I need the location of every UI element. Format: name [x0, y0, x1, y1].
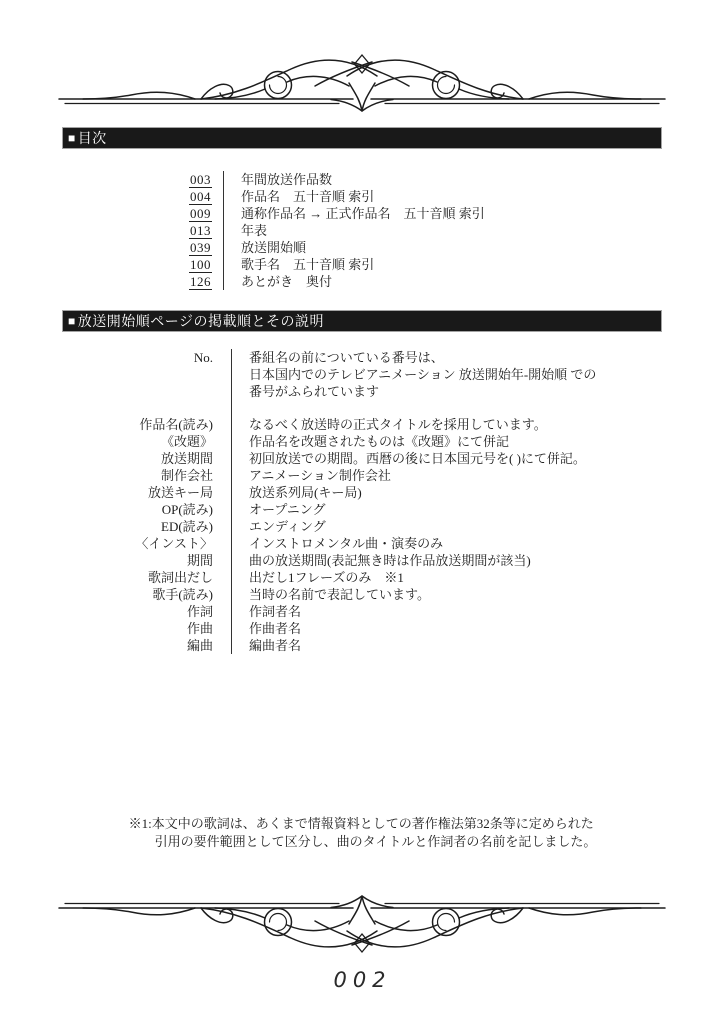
square-bullet-icon: ■	[68, 132, 76, 144]
toc-list: 003 年間放送作品数 004 作品名 五十音順 索引 009 通称作品名 → …	[130, 171, 485, 290]
toc-entry-title: 放送開始順	[223, 239, 485, 256]
toc-entry-title: 通称作品名 → 正式作品名 五十音順 索引	[223, 205, 485, 222]
legend-heading-bar: ■ 放送開始順ページの掲載順とその説明	[62, 310, 662, 332]
toc-entry-page: 013	[130, 222, 223, 239]
legend-description: 作曲者名	[231, 620, 596, 637]
legend-label: OP(読み)	[130, 501, 231, 518]
legend-description: 初回放送での期間。西暦の後に日本国元号を( )にて併記。	[231, 450, 596, 467]
legend-label: 放送キー局	[130, 484, 231, 501]
page-number: 002	[0, 968, 725, 992]
legend-description: 作詞者名	[231, 603, 596, 620]
toc-entry-title: あとがき 奥付	[223, 273, 485, 290]
legend-description: 当時の名前で表記しています。	[231, 586, 596, 603]
legend-label: 放送期間	[130, 450, 231, 467]
toc-entry-title: 年表	[223, 222, 485, 239]
legend-label: 歌手(読み)	[130, 586, 231, 603]
legend-description: 曲の放送期間(表記無き時は作品放送期間が該当)	[231, 552, 596, 569]
toc-entry-page: 004	[130, 188, 223, 205]
legend-label: 期間	[130, 552, 231, 569]
footnote-line1: ※1:本文中の歌詞は、あくまで情報資料としての著作権法第32条等に定められた	[129, 815, 597, 833]
legend-label: 歌詞出だし	[130, 569, 231, 586]
toc-entry-page: 009	[130, 205, 223, 222]
toc-heading-bar: ■ 目次	[62, 127, 662, 149]
legend-label: 作詞	[130, 603, 231, 620]
toc-entry-page: 039	[130, 239, 223, 256]
toc-heading: 目次	[78, 128, 107, 148]
toc-entry-title: 歌手名 五十音順 索引	[223, 256, 485, 273]
footnote: ※1:本文中の歌詞は、あくまで情報資料としての著作権法第32条等に定められた 引…	[0, 815, 725, 851]
legend-label: No.	[130, 349, 231, 416]
legend-description: アニメーション制作会社	[231, 467, 596, 484]
toc-entry-title: 作品名 五十音順 索引	[223, 188, 485, 205]
legend-label: ED(読み)	[130, 518, 231, 535]
legend-description: 番組名の前についている番号は、 日本国内でのテレビアニメーション 放送開始年-開…	[231, 349, 596, 416]
legend-label: 〈インスト〉	[130, 535, 231, 552]
toc-entry-page: 126	[130, 273, 223, 290]
legend-description: インストロメンタル曲・演奏のみ	[231, 535, 596, 552]
flourish-ornament-bottom	[57, 891, 667, 955]
footnote-line2: 引用の要件範囲として区分し、曲のタイトルと作詞者の名前を記しました。	[129, 833, 597, 851]
square-bullet-icon: ■	[68, 315, 76, 327]
legend-description: なるべく放送時の正式タイトルを採用しています。	[231, 416, 596, 433]
legend-description: オープニング	[231, 501, 596, 518]
legend-description: 編曲者名	[231, 637, 596, 654]
legend-description: エンディング	[231, 518, 596, 535]
legend-label: 編曲	[130, 637, 231, 654]
legend-list: No. 番組名の前についている番号は、 日本国内でのテレビアニメーション 放送開…	[130, 349, 596, 654]
legend-label: 作品名(読み)	[130, 416, 231, 433]
legend-heading: 放送開始順ページの掲載順とその説明	[78, 311, 324, 331]
legend-label: 《改題》	[130, 433, 231, 450]
legend-label: 制作会社	[130, 467, 231, 484]
toc-entry-page: 003	[130, 171, 223, 188]
toc-entry-page: 100	[130, 256, 223, 273]
legend-description: 作品名を改題されたものは《改題》にて併記	[231, 433, 596, 450]
legend-label: 作曲	[130, 620, 231, 637]
legend-description: 放送系列局(キー局)	[231, 484, 596, 501]
toc-entry-title: 年間放送作品数	[223, 171, 485, 188]
document-page: ■ 目次 003 年間放送作品数 004 作品名 五十音順 索引 009 通称作…	[0, 0, 725, 1024]
flourish-ornament-top	[57, 52, 667, 116]
legend-description: 出だし1フレーズのみ ※1	[231, 569, 596, 586]
